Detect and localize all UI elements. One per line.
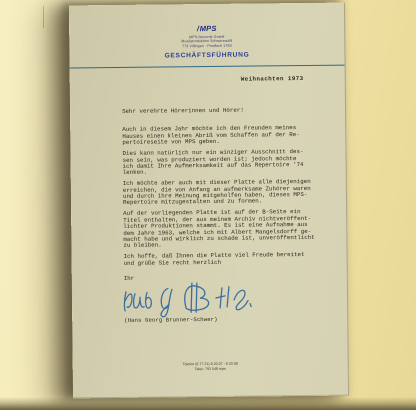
paragraph: Ich hoffe, daß Ihnen die Platte viel Fre… xyxy=(124,252,319,267)
album-cover-photo: /MPS MPS-Records GmbH Musikproduktion Sc… xyxy=(0,0,416,410)
mps-logo: /MPS xyxy=(69,24,344,35)
letterhead-rule xyxy=(70,65,345,69)
letter-body: Sehr verehrte Hörerinnen und Hörer! Auch… xyxy=(122,107,319,283)
company-address: MPS-Records GmbH Musikproduktion Schwarz… xyxy=(69,34,344,50)
department-title: GESCHÄFTSFÜHRUNG xyxy=(69,50,344,60)
paragraph: Auf der vorliegenden Platte ist auf der … xyxy=(123,209,318,249)
date-line: Weihnachten 1973 xyxy=(241,75,304,83)
footer-contact: Telefon (0 77 21) 8 20 07 - 8 20 08 Tele… xyxy=(73,361,348,373)
paragraph: Auch in diesem Jahr möchte ich den Freun… xyxy=(122,125,317,146)
signature-name: (Hans Georg Brunner-Schwer) xyxy=(124,316,217,324)
signature-handwriting xyxy=(122,280,254,321)
cover-bottom-shadow xyxy=(0,397,416,410)
paragraph: Dies kann natürlich nur ein winziger Aus… xyxy=(122,149,317,177)
cover-crease xyxy=(43,6,44,28)
mps-logo-text: MPS xyxy=(200,24,217,33)
paragraph: Ich möchte aber auch mit dieser Platte a… xyxy=(123,179,318,207)
letter-page: /MPS MPS-Records GmbH Musikproduktion Sc… xyxy=(69,3,349,399)
salutation: Sehr verehrte Hörerinnen und Hörer! xyxy=(122,107,317,115)
letterhead: /MPS MPS-Records GmbH Musikproduktion Sc… xyxy=(69,24,344,61)
